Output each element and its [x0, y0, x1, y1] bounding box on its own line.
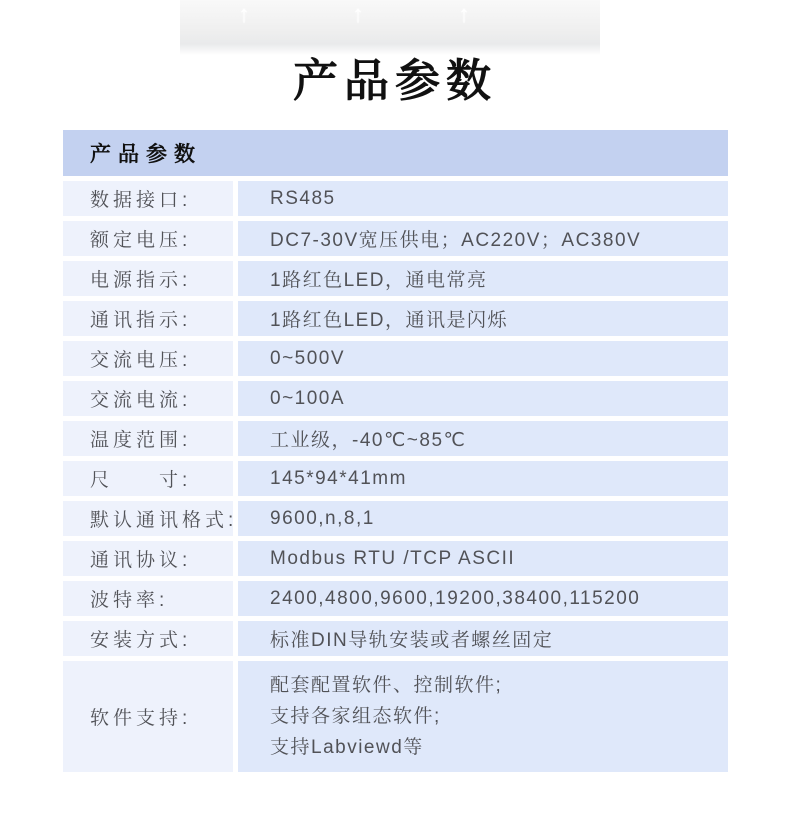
spec-label: 通讯协议:	[63, 541, 233, 576]
spec-value-line: 配套配置软件、控制软件;	[270, 670, 502, 701]
spec-label: 交流电流:	[63, 381, 233, 416]
spec-value: 1路红色LED，通电常亮	[238, 261, 728, 296]
up-arrow-icon: ↑	[458, 0, 470, 30]
up-arrow-icon: ↑	[352, 0, 364, 30]
spec-label: 电源指示:	[63, 261, 233, 296]
product-spec-table: 产品参数 数据接口:RS485额定电压:DC7-30V宽压供电；AC220V；A…	[63, 130, 728, 772]
spec-value: 标准DIN导轨安装或者螺丝固定	[238, 621, 728, 656]
spec-row: 温度范围:工业级，-40℃~85℃	[63, 421, 728, 456]
spec-value: RS485	[238, 181, 728, 216]
page-title: 产品参数	[0, 44, 790, 109]
spec-label: 默认通讯格式:	[63, 501, 233, 536]
spec-label: 额定电压:	[63, 221, 233, 256]
spec-value: DC7-30V宽压供电；AC220V；AC380V	[238, 221, 728, 256]
spec-label: 安装方式:	[63, 621, 233, 656]
spec-label: 温度范围:	[63, 421, 233, 456]
spec-value: 9600,n,8,1	[238, 501, 728, 536]
spec-value: Modbus RTU /TCP ASCII	[238, 541, 728, 576]
spec-row: 交流电压:0~500V	[63, 341, 728, 376]
spec-label: 通讯指示:	[63, 301, 233, 336]
spec-label: 交流电压:	[63, 341, 233, 376]
spec-value: 工业级，-40℃~85℃	[238, 421, 728, 456]
spec-row: 额定电压:DC7-30V宽压供电；AC220V；AC380V	[63, 221, 728, 256]
spec-value-line: 支持各家组态软件;	[270, 701, 441, 732]
spec-row: 安装方式:标准DIN导轨安装或者螺丝固定	[63, 621, 728, 656]
spec-row: 尺 寸:145*94*41mm	[63, 461, 728, 496]
spec-value: 145*94*41mm	[238, 461, 728, 496]
spec-value: 1路红色LED，通讯是闪烁	[238, 301, 728, 336]
spec-label: 波特率:	[63, 581, 233, 616]
spec-row: 电源指示:1路红色LED，通电常亮	[63, 261, 728, 296]
spec-row: 默认通讯格式:9600,n,8,1	[63, 501, 728, 536]
up-arrow-icon: ↑	[238, 0, 250, 30]
spec-value: 0~500V	[238, 341, 728, 376]
spec-label: 软件支持:	[63, 661, 233, 772]
spec-label: 数据接口:	[63, 181, 233, 216]
spec-value: 2400,4800,9600,19200,38400,115200	[238, 581, 728, 616]
spec-label: 尺 寸:	[63, 461, 233, 496]
spec-row: 软件支持:配套配置软件、控制软件;支持各家组态软件;支持Labviewd等	[63, 661, 728, 772]
spec-value: 0~100A	[238, 381, 728, 416]
spec-value-line: 支持Labviewd等	[270, 732, 424, 763]
spec-table-header: 产品参数	[63, 130, 728, 176]
spec-row: 数据接口:RS485	[63, 181, 728, 216]
spec-row: 交流电流:0~100A	[63, 381, 728, 416]
spec-row: 通讯指示:1路红色LED，通讯是闪烁	[63, 301, 728, 336]
spec-row: 波特率:2400,4800,9600,19200,38400,115200	[63, 581, 728, 616]
spec-value: 配套配置软件、控制软件;支持各家组态软件;支持Labviewd等	[238, 661, 728, 772]
spec-row: 通讯协议:Modbus RTU /TCP ASCII	[63, 541, 728, 576]
